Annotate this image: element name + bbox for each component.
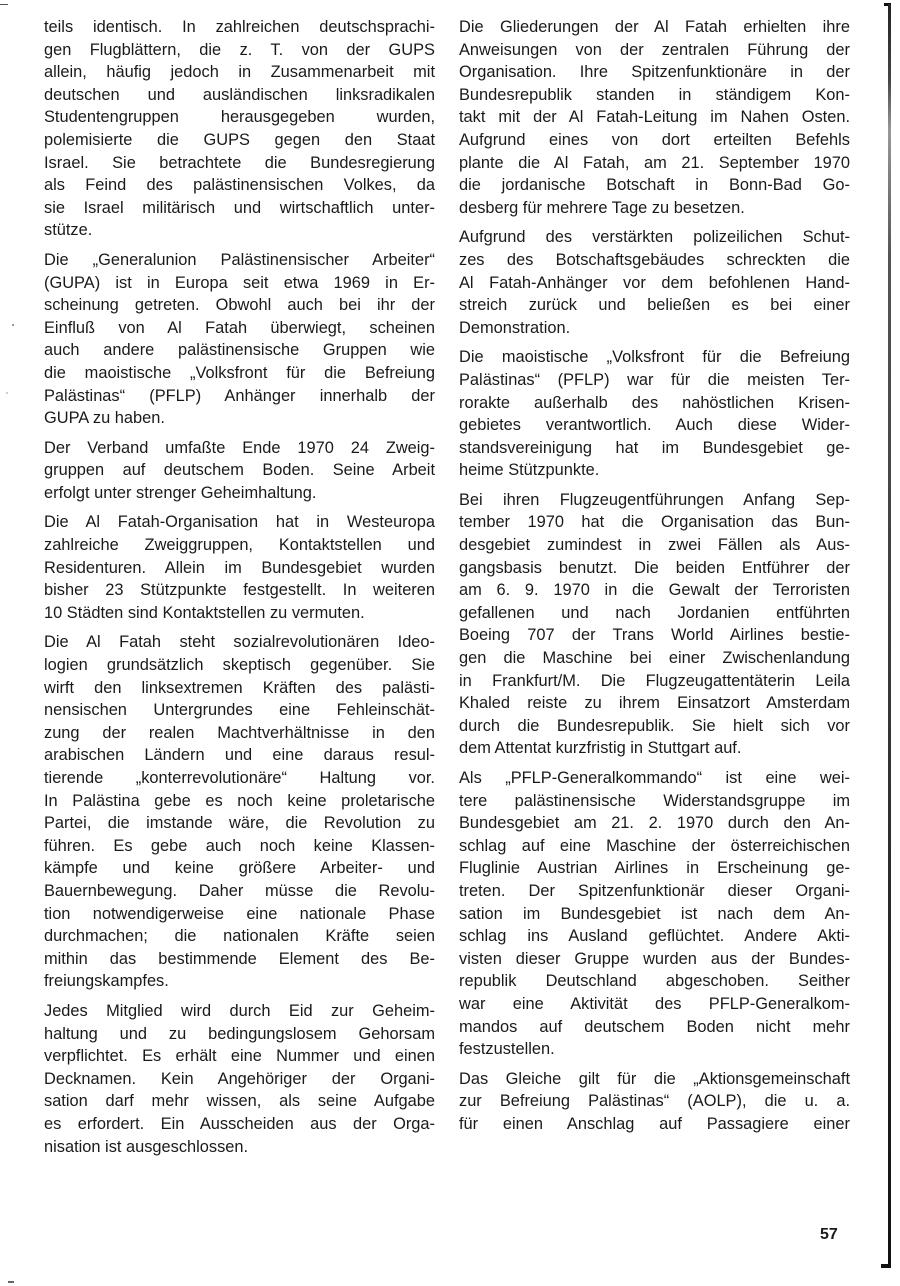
text-line: es erfordert. Ein Ausscheiden aus der Or… [44,1113,435,1136]
text-line: Studentengruppen herausgegeben wurden, [44,106,435,129]
text-line: Die Gliederungen der Al Fatah erhielten … [459,16,850,39]
paragraph: Der Verband umfaßte Ende 1970 24 Zweig-g… [44,437,435,505]
text-line: tierende „konterrevolutionäre“ Haltung v… [44,767,435,790]
text-line: plante die Al Fatah, am 21. September 19… [459,152,850,175]
text-line: zahlreiche Zweiggruppen, Kontaktstellen … [44,534,435,557]
binding-edge-bottom [881,1264,891,1268]
text-line: freiungskampfes. [44,970,435,993]
text-line: 10 Städten sind Kontaktstellen zu vermut… [44,602,435,625]
paragraph: Bei ihren Flugzeugentführungen Anfang Se… [459,489,850,760]
text-line: als Feind des palästinensischen Volkes, … [44,174,435,197]
text-line: zur Befreiung Palästinas“ (AOLP), die u.… [459,1090,850,1113]
text-line: die jordanische Botschaft in Bonn-Bad Go… [459,174,850,197]
scan-speck [6,392,8,394]
text-line: Bauernbewegung. Daher müsse die Revolu- [44,880,435,903]
text-line: GUPA zu haben. [44,407,435,430]
text-line: Einfluß von Al Fatah überwiegt, scheinen [44,317,435,340]
text-line: für einen Anschlag auf Passagiere einer [459,1113,850,1136]
binding-edge-line [888,4,891,1266]
paragraph: Die Al Fatah steht sozialrevolutionären … [44,631,435,993]
text-line: Das Gleiche gilt für die „Aktionsgemeins… [459,1068,850,1091]
paragraph: Als „PFLP-Generalkommando“ ist eine wei-… [459,767,850,1061]
text-line: Fluglinie Austrian Airlines in Erscheinu… [459,857,850,880]
right-column: Die Gliederungen der Al Fatah erhielten … [459,16,850,1143]
text-line: arabischen Ländern und eine daraus resul… [44,744,435,767]
text-line: festzustellen. [459,1038,850,1061]
text-line: Palästinas“ (PFLP) war für die meisten T… [459,369,850,392]
text-line: heime Stützpunkte. [459,459,850,482]
text-line: wirft den linksextremen Kräften des palä… [44,677,435,700]
scan-speck [12,324,14,326]
text-line: zung der realen Machtverhältnisse in den [44,722,435,745]
text-line: Aufgrund eines von dort erteilten Befehl… [459,129,850,152]
text-line: die maoistische „Volksfront für die Befr… [44,362,435,385]
paragraph: Die maoistische „Volksfront für die Befr… [459,346,850,482]
text-line: Partei, die imstande wäre, die Revolutio… [44,812,435,835]
text-line: am 6. 9. 1970 in die Gewalt der Terroris… [459,579,850,602]
text-line: bisher 23 Stützpunkte festgestellt. In w… [44,579,435,602]
text-line: Al Fatah-Anhänger vor dem befohlenen Han… [459,272,850,295]
text-line: Bei ihren Flugzeugentführungen Anfang Se… [459,489,850,512]
text-line: mandos auf deutschem Boden nicht mehr [459,1016,850,1039]
text-line: stütze. [44,219,435,242]
text-line: schlag ins Ausland geflüchtet. Andere Ak… [459,925,850,948]
text-line: polemisierte die GUPS gegen den Staat [44,129,435,152]
text-line: Boeing 707 der Trans World Airlines best… [459,624,850,647]
text-line: scheinung getreten. Obwohl auch bei ihr … [44,294,435,317]
text-line: tember 1970 hat die Organisation das Bun… [459,511,850,534]
text-line: gruppen auf deutschem Boden. Seine Arbei… [44,459,435,482]
paragraph: Die Al Fatah-Organisation hat in Westeur… [44,511,435,624]
text-line: durch die Bundesrepublik. Sie hielt sich… [459,715,850,738]
left-column: teils identisch. In zahlreichen deutschs… [44,16,435,1165]
text-line: Anweisungen von der zentralen Führung de… [459,39,850,62]
text-line: gebietes verantwortlich. Auch diese Wide… [459,414,850,437]
text-line: Palästinas“ (PFLP) Anhänger innerhalb de… [44,385,435,408]
text-line: Die Al Fatah-Organisation hat in Westeur… [44,511,435,534]
text-line: in Frankfurt/M. Die Flugzeugattentäterin… [459,670,850,693]
text-line: takt mit der Al Fatah-Leitung im Nahen O… [459,106,850,129]
text-line: gen die Maschine bei einer Zwischenlandu… [459,647,850,670]
text-line: Organisation. Ihre Spitzenfunktionäre in… [459,61,850,84]
text-line: haltung und zu bedingungslosem Gehorsam [44,1023,435,1046]
document-page: teils identisch. In zahlreichen deutschs… [0,0,900,1286]
text-line: Jedes Mitglied wird durch Eid zur Geheim… [44,1000,435,1023]
text-line: Khaled reiste zu ihrem Einsatzort Amster… [459,692,850,715]
text-line: Decknamen. Kein Angehöriger der Organi- [44,1068,435,1091]
text-line: Aufgrund des verstärkten polizeilichen S… [459,226,850,249]
text-line: Demonstration. [459,317,850,340]
text-line: Bundesgebiet am 21. 2. 1970 durch den An… [459,812,850,835]
text-line: standsvereinigung hat im Bundesgebiet ge… [459,437,850,460]
text-line: republik Deutschland abgeschoben. Seithe… [459,970,850,993]
text-line: nisation ist ausgeschlossen. [44,1136,435,1159]
text-line: war eine Aktivität des PFLP-Generalkom- [459,993,850,1016]
paragraph: Die „Generalunion Palästinensischer Arbe… [44,249,435,430]
text-line: visten dieser Gruppe wurden aus der Bund… [459,948,850,971]
paragraph: Jedes Mitglied wird durch Eid zur Geheim… [44,1000,435,1158]
text-line: Residenturen. Allein im Bundesgebiet wur… [44,557,435,580]
text-line: gen Flugblättern, die z. T. von der GUPS [44,39,435,62]
text-line: rorakte außerhalb des nahöstlichen Krise… [459,392,850,415]
text-line: kämpfe und keine größere Arbeiter- und [44,857,435,880]
text-line: dem Attentat kurzfristig in Stuttgart au… [459,737,850,760]
text-line: mithin das bestimmende Element des Be- [44,948,435,971]
text-line: tion notwendigerweise eine nationale Pha… [44,903,435,926]
paragraph: Das Gleiche gilt für die „Aktionsgemeins… [459,1068,850,1136]
text-line: führen. Es gebe auch noch keine Klassen- [44,835,435,858]
text-line: teils identisch. In zahlreichen deutschs… [44,16,435,39]
text-line: zes des Botschaftsgebäudes schreckten di… [459,249,850,272]
text-line: streich zurück und beließen es bei einer [459,294,850,317]
text-line: sation darf mehr wissen, als seine Aufga… [44,1090,435,1113]
text-line: deutschen und ausländischen linksradikal… [44,84,435,107]
page-number: 57 [820,1226,838,1244]
paragraph: teils identisch. In zahlreichen deutschs… [44,16,435,242]
text-line: nensischen Untergrundes eine Fehleinschä… [44,699,435,722]
text-line: Die „Generalunion Palästinensischer Arbe… [44,249,435,272]
text-line: sation im Bundesgebiet ist nach dem An- [459,903,850,926]
text-line: logien grundsätzlich skeptisch gegenüber… [44,654,435,677]
text-line: desberg für mehrere Tage zu besetzen. [459,197,850,220]
text-line: gangsbasis benutzt. Die beiden Entführer… [459,557,850,580]
text-line: Der Verband umfaßte Ende 1970 24 Zweig- [44,437,435,460]
text-line: auch andere palästinensische Gruppen wie [44,339,435,362]
text-line: schlag auf eine Maschine der österreichi… [459,835,850,858]
text-line: In Palästina gebe es noch keine proletar… [44,790,435,813]
text-line: Die Al Fatah steht sozialrevolutionären … [44,631,435,654]
text-line: Israel. Sie betrachtete die Bundesregier… [44,152,435,175]
text-line: desgebiet zumindest in zwei Fällen als A… [459,534,850,557]
text-line: treten. Der Spitzenfunktionär dieser Org… [459,880,850,903]
scan-margin-mark [8,1281,14,1283]
paragraph: Aufgrund des verstärkten polizeilichen S… [459,226,850,339]
text-line: gefallenen und nach Jordanien entführten [459,602,850,625]
text-line: durchmachen; die nationalen Kräfte seien [44,925,435,948]
text-line: erfolgt unter strenger Geheimhaltung. [44,482,435,505]
text-line: Als „PFLP-Generalkommando“ ist eine wei- [459,767,850,790]
text-line: verpflichtet. Es erhält eine Nummer und … [44,1045,435,1068]
scan-margin-mark [0,4,8,5]
text-line: tere palästinensische Widerstandsgruppe … [459,790,850,813]
text-line: sie Israel militärisch und wirtschaftlic… [44,197,435,220]
text-line: allein, häufig jedoch in Zusammenarbeit … [44,61,435,84]
text-line: (GUPA) ist in Europa seit etwa 1969 in E… [44,272,435,295]
text-line: Bundesrepublik standen in ständigem Kon- [459,84,850,107]
paragraph: Die Gliederungen der Al Fatah erhielten … [459,16,850,219]
text-line: Die maoistische „Volksfront für die Befr… [459,346,850,369]
